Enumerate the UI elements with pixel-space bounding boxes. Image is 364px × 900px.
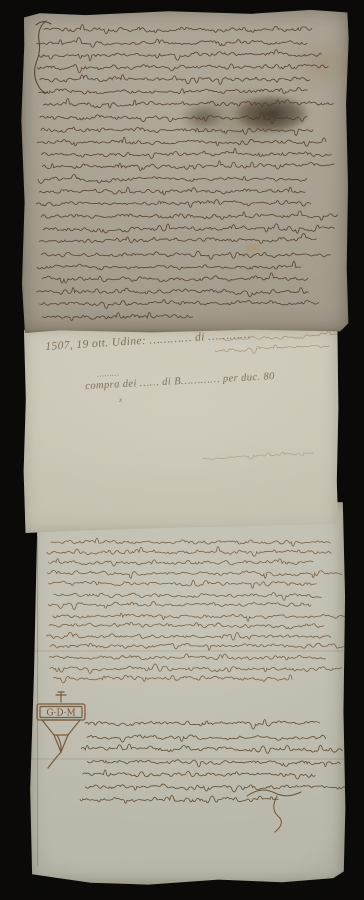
notary-initials: G·D·M: [46, 709, 75, 719]
archival-wrapper-sheet: 1507, 19 ott. Udine: ………… di ………… ……… co…: [23, 327, 339, 533]
photo-backdrop: G·D·M 1507, 19 ott. Udine: ………… di ………… …: [0, 0, 364, 900]
notary-signum-icon: G·D·M: [30, 690, 92, 772]
manuscript-page-2: G·D·M: [27, 500, 346, 885]
faint-signature-scrawl: [23, 327, 339, 533]
manuscript-page-1: [20, 6, 350, 333]
insertion-caret-mark: x: [119, 396, 123, 404]
handwriting-block-page1: [20, 6, 350, 333]
archival-annotation-insert: ………: [97, 368, 120, 378]
closing-paraph-flourish: [241, 786, 311, 836]
